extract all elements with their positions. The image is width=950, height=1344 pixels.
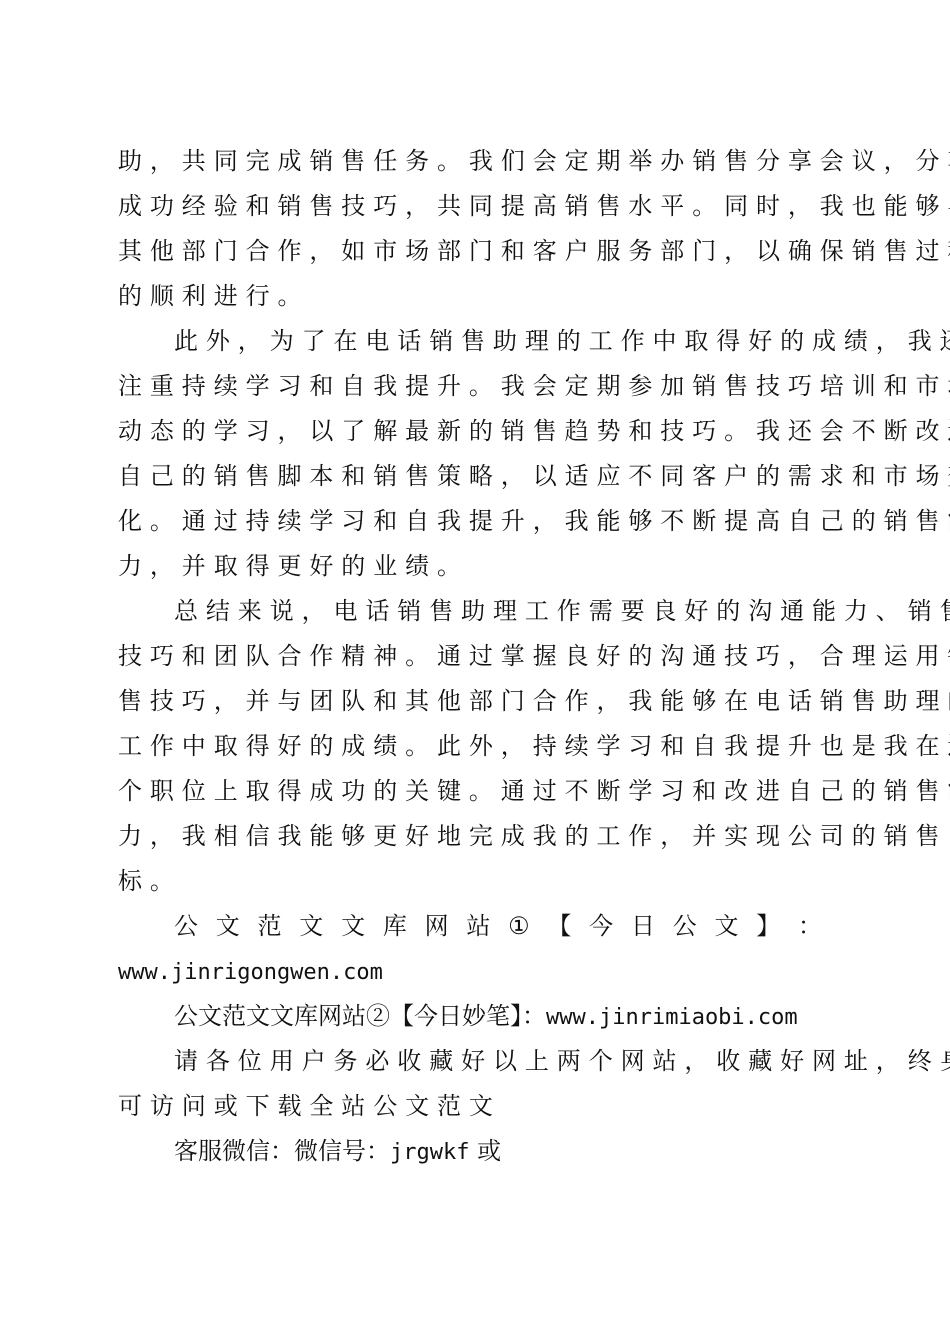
text-line: 售技巧，并与团队和其他部门合作，我能够在电话销售助理的 bbox=[118, 679, 822, 724]
site-1-url[interactable]: www.jinrigongwen.com bbox=[118, 960, 383, 985]
label-char: 文 bbox=[714, 904, 738, 949]
label-char: 】 bbox=[756, 904, 780, 949]
label-char: 库 bbox=[383, 904, 407, 949]
text-line: 工作中取得好的成绩。此外，持续学习和自我提升也是我在这 bbox=[118, 724, 822, 769]
text-line: 总结来说，电话销售助理工作需要良好的沟通能力、销售 bbox=[118, 589, 822, 634]
text-line: 力，我相信我能够更好地完成我的工作，并实现公司的销售目 bbox=[118, 814, 822, 859]
label-char: 日 bbox=[631, 904, 655, 949]
label-char: 公 bbox=[673, 904, 697, 949]
paragraph-teamwork-continued: 助，共同完成销售任务。我们会定期举办销售分享会议，分享 成功经验和销售技巧，共同… bbox=[118, 139, 822, 319]
footer-site-1: 公 文 范 文 文 库 网 站 ① 【 今 日 公 文 】 ： www.jinr… bbox=[118, 904, 822, 994]
label-char: 今 bbox=[589, 904, 613, 949]
paragraph-summary: 总结来说，电话销售助理工作需要良好的沟通能力、销售 技巧和团队合作精神。通过掌握… bbox=[118, 589, 822, 904]
label-char: 文 bbox=[341, 904, 365, 949]
label-char: 站 bbox=[466, 904, 490, 949]
text-line: 个职位上取得成功的关键。通过不断学习和改进自己的销售能 bbox=[118, 769, 822, 814]
label-char: 网 bbox=[425, 904, 449, 949]
label-char: 公 bbox=[174, 904, 198, 949]
text-line: 的顺利进行。 bbox=[118, 274, 822, 319]
text-line: 自己的销售脚本和销售策略，以适应不同客户的需求和市场变 bbox=[118, 454, 822, 499]
footer-wechat: 客服微信：微信号：jrgwkf 或 bbox=[118, 1129, 822, 1174]
label-char: ① bbox=[508, 904, 530, 949]
wechat-suffix: 或 bbox=[469, 1137, 501, 1165]
text-line: 动态的学习，以了解最新的销售趋势和技巧。我还会不断改进 bbox=[118, 409, 822, 454]
label-char: 文 bbox=[299, 904, 323, 949]
site-2-url[interactable]: www.jinrimiaobi.com bbox=[546, 1005, 798, 1030]
site-2-label: 公文范文文库网站②【今日妙笔】： bbox=[174, 1002, 546, 1030]
label-char: 范 bbox=[258, 904, 282, 949]
text-line: 技巧和团队合作精神。通过掌握良好的沟通技巧，合理运用销 bbox=[118, 634, 822, 679]
wechat-label: 客服微信：微信号： bbox=[174, 1137, 390, 1165]
site-1-url-line: www.jinrigongwen.com bbox=[118, 949, 822, 994]
notice-line: 可访问或下载全站公文范文 bbox=[118, 1084, 822, 1129]
label-char: 【 bbox=[547, 904, 571, 949]
site-1-label: 公 文 范 文 文 库 网 站 ① 【 今 日 公 文 】 ： bbox=[118, 904, 822, 949]
footer-site-2: 公文范文文库网站②【今日妙笔】：www.jinrimiaobi.com bbox=[118, 994, 822, 1039]
footer-notice: 请各位用户务必收藏好以上两个网站，收藏好网址，终身 可访问或下载全站公文范文 bbox=[118, 1039, 822, 1129]
text-line: 此外，为了在电话销售助理的工作中取得好的成绩，我还 bbox=[118, 319, 822, 364]
text-line: 标。 bbox=[118, 859, 822, 904]
text-line: 化。通过持续学习和自我提升，我能够不断提高自己的销售能 bbox=[118, 499, 822, 544]
text-line: 助，共同完成销售任务。我们会定期举办销售分享会议，分享 bbox=[118, 139, 822, 184]
label-char: ： bbox=[798, 904, 822, 949]
wechat-line: 客服微信：微信号：jrgwkf 或 bbox=[118, 1129, 822, 1174]
paragraph-continuous-learning: 此外，为了在电话销售助理的工作中取得好的成绩，我还 注重持续学习和自我提升。我会… bbox=[118, 319, 822, 589]
notice-line: 请各位用户务必收藏好以上两个网站，收藏好网址，终身 bbox=[118, 1039, 822, 1084]
text-line: 其他部门合作，如市场部门和客户服务部门，以确保销售过程 bbox=[118, 229, 822, 274]
text-line: 力，并取得更好的业绩。 bbox=[118, 544, 822, 589]
text-line: 注重持续学习和自我提升。我会定期参加销售技巧培训和市场 bbox=[118, 364, 822, 409]
text-line: 成功经验和销售技巧，共同提高销售水平。同时，我也能够与 bbox=[118, 184, 822, 229]
label-char: 文 bbox=[216, 904, 240, 949]
wechat-id: jrgwkf bbox=[390, 1140, 469, 1165]
document-page: 助，共同完成销售任务。我们会定期举办销售分享会议，分享 成功经验和销售技巧，共同… bbox=[118, 139, 822, 1174]
site-2-line: 公文范文文库网站②【今日妙笔】：www.jinrimiaobi.com bbox=[118, 994, 822, 1039]
